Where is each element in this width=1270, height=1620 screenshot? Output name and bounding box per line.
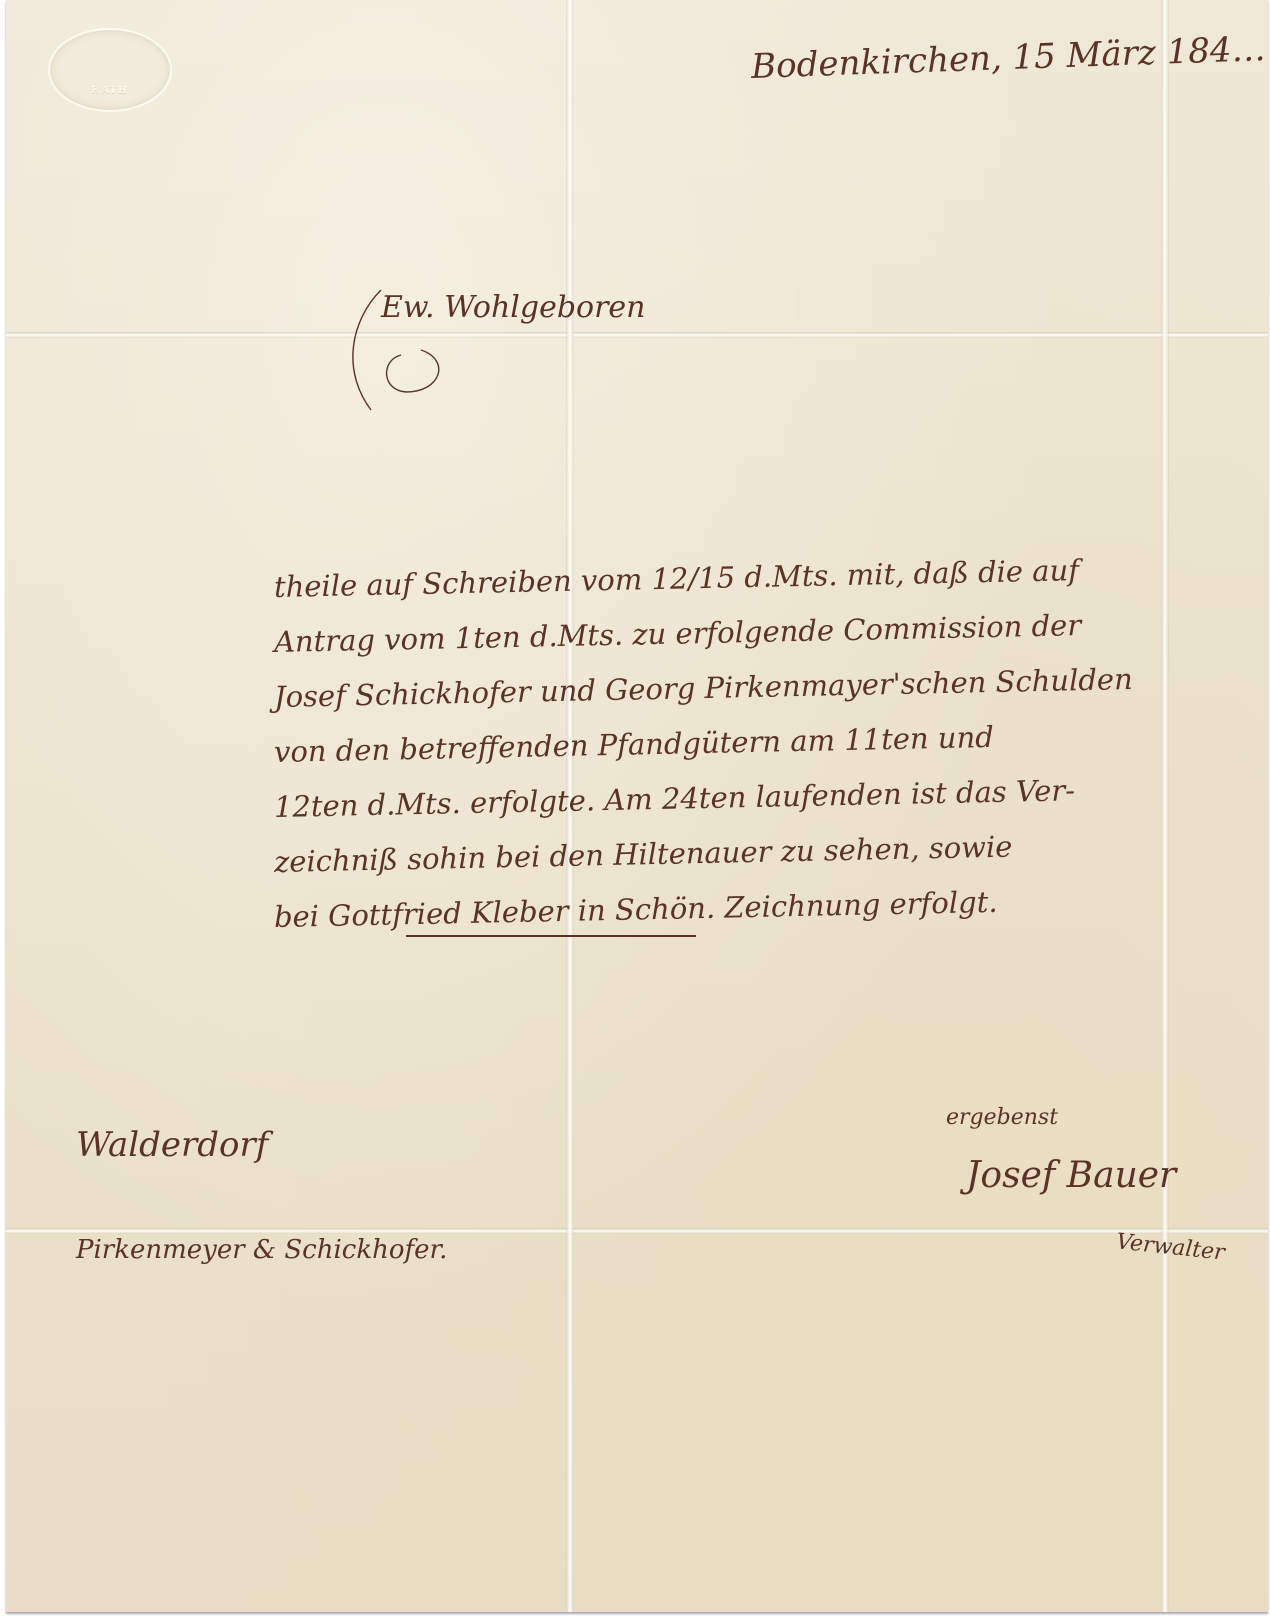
letter-page: RATH Bodenkirchen, 15 März 184… Ew. Wohl… xyxy=(6,0,1268,1612)
place-date-heading: Bodenkirchen, 15 März 184… xyxy=(750,29,1266,87)
closing: ergebenst xyxy=(946,1105,1058,1130)
salutation: Ew. Wohlgeboren xyxy=(381,290,646,325)
horizontal-fold-upper xyxy=(6,332,1268,338)
emboss-label: RATH xyxy=(92,84,129,96)
letter-body: theile auf Schreiben vom 12/15 d.Mts. mi… xyxy=(274,560,1264,945)
place-name: Walderdorf xyxy=(76,1125,268,1165)
name-underline xyxy=(406,935,696,937)
recipients: Pirkenmeyer & Schickhofer. xyxy=(76,1235,447,1265)
signature-title: Verwalter xyxy=(1115,1229,1226,1265)
signature: Josef Bauer xyxy=(966,1155,1176,1196)
laurel-wreath-emboss-icon: RATH xyxy=(48,28,172,112)
horizontal-fold-lower xyxy=(6,1228,1268,1234)
